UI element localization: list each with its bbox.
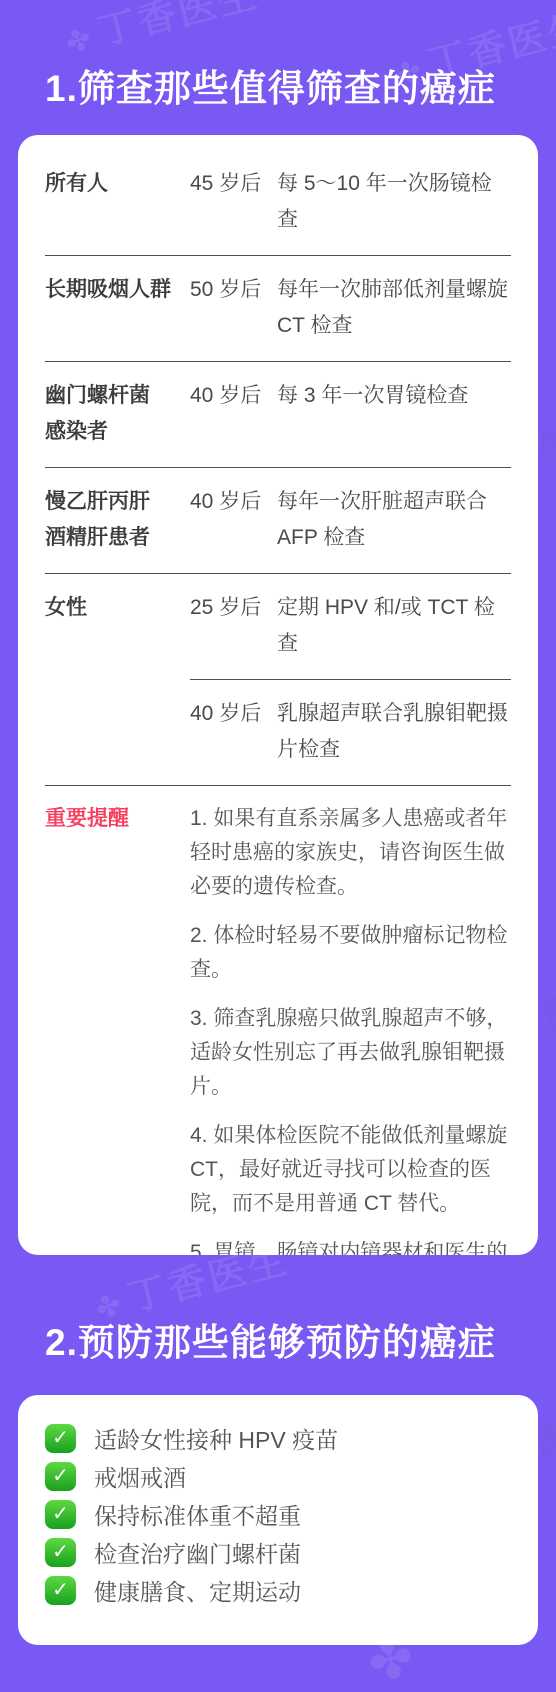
screening-card: 所有人 45 岁后 每 5～10 年一次肠镜检查 长期吸烟人群 50 岁后 每年… xyxy=(18,135,538,1255)
check-label: 适龄女性接种 HPV 疫苗 xyxy=(94,1422,338,1455)
watermark: ✤丁香医生 xyxy=(58,0,264,64)
row-advice: 每 3 年一次胃镜检查 xyxy=(277,378,511,414)
row-age: 45 岁后 xyxy=(190,166,277,202)
note: 4. 如果体检医院不能做低剂量螺旋 CT，最好就近寻找可以检查的医 院，而不是用… xyxy=(190,1119,511,1221)
prevention-card: ✓ 适龄女性接种 HPV 疫苗 ✓ 戒烟戒酒 ✓ 保持标准体重不超重 ✓ 检查治… xyxy=(18,1395,538,1645)
check-icon: ✓ xyxy=(45,1500,76,1529)
row-advice: 每 5～10 年一次肠镜检查 xyxy=(277,166,511,238)
note: 2. 体检时轻易不要做肿瘤标记物检 查。 xyxy=(190,919,511,987)
note: 1. 如果有直系亲属多人患癌或者年 轻时患癌的家族史，请咨询医生做 必要的遗传检… xyxy=(190,802,511,904)
row-age: 25 岁后 xyxy=(190,590,277,662)
list-item: ✓ 健康膳食、定期运动 xyxy=(45,1571,511,1609)
list-item: ✓ 适龄女性接种 HPV 疫苗 xyxy=(45,1419,511,1457)
row-group: 女性 xyxy=(45,590,190,626)
check-label: 检查治疗幽门螺杆菌 xyxy=(94,1536,301,1569)
check-label: 保持标准体重不超重 xyxy=(94,1498,301,1531)
list-item: ✓ 保持标准体重不超重 xyxy=(45,1495,511,1533)
row-advice: 乳腺超声联合乳腺钼靶摄 片检查 xyxy=(277,696,511,768)
table-subrow: 40 岁后 乳腺超声联合乳腺钼靶摄 片检查 xyxy=(190,679,511,768)
list-item: ✓ 检查治疗幽门螺杆菌 xyxy=(45,1533,511,1571)
table-subrow: 25 岁后 定期 HPV 和/或 TCT 检查 xyxy=(190,590,511,662)
check-label: 健康膳食、定期运动 xyxy=(94,1574,301,1607)
row-group: 所有人 xyxy=(45,166,190,202)
row-advice: 每年一次肝脏超声联合 AFP 检查 xyxy=(277,484,511,556)
table-row: 所有人 45 岁后 每 5～10 年一次肠镜检查 xyxy=(45,150,511,256)
row-group: 慢乙肝丙肝 酒精肝患者 xyxy=(45,484,190,556)
row-age: 40 岁后 xyxy=(190,696,277,768)
reminder-label: 重要提醒 xyxy=(45,802,190,836)
table-row: 幽门螺杆菌 感染者 40 岁后 每 3 年一次胃镜检查 xyxy=(45,362,511,468)
reminder-notes: 1. 如果有直系亲属多人患癌或者年 轻时患癌的家族史，请咨询医生做 必要的遗传检… xyxy=(190,802,511,1255)
leaf-icon: ✤ xyxy=(60,19,100,62)
check-icon: ✓ xyxy=(45,1462,76,1491)
table-row: 长期吸烟人群 50 岁后 每年一次肺部低剂量螺旋 CT 检查 xyxy=(45,256,511,362)
check-icon: ✓ xyxy=(45,1576,76,1605)
infographic-page: ✤丁香医生 ✤丁香医生 ✤丁香医生 ✤丁香医生 ✤丁香医生 ✤丁香医生 ✤丁香医… xyxy=(0,0,556,1692)
reminder-section: 重要提醒 1. 如果有直系亲属多人患癌或者年 轻时患癌的家族史，请咨询医生做 必… xyxy=(45,786,511,1255)
row-age: 40 岁后 xyxy=(190,484,277,520)
row-age: 40 岁后 xyxy=(190,378,277,414)
list-item: ✓ 戒烟戒酒 xyxy=(45,1457,511,1495)
table-row: 慢乙肝丙肝 酒精肝患者 40 岁后 每年一次肝脏超声联合 AFP 检查 xyxy=(45,468,511,574)
table-row-female: 女性 25 岁后 定期 HPV 和/或 TCT 检查 40 岁后 乳腺超声联合乳… xyxy=(45,574,511,786)
note: 5. 胃镜、肠镜对内镜器材和医生的 要求较高，有条件时去尽量好的医 院完成检查。 xyxy=(190,1236,511,1255)
note: 3. 筛查乳腺癌只做乳腺超声不够， 适龄女性别忘了再去做乳腺钼靶摄 片。 xyxy=(190,1002,511,1104)
row-advice: 每年一次肺部低剂量螺旋 CT 检查 xyxy=(277,272,511,344)
check-label: 戒烟戒酒 xyxy=(94,1460,186,1493)
row-age: 50 岁后 xyxy=(190,272,277,308)
section1-title: 1.筛查那些值得筛查的癌症 xyxy=(45,58,496,112)
row-advice: 定期 HPV 和/或 TCT 检查 xyxy=(277,590,511,662)
row-group: 长期吸烟人群 xyxy=(45,272,190,308)
check-icon: ✓ xyxy=(45,1538,76,1567)
row-group: 幽门螺杆菌 感染者 xyxy=(45,378,190,450)
check-icon: ✓ xyxy=(45,1424,76,1453)
section2-title: 2.预防那些能够预防的癌症 xyxy=(45,1312,496,1366)
